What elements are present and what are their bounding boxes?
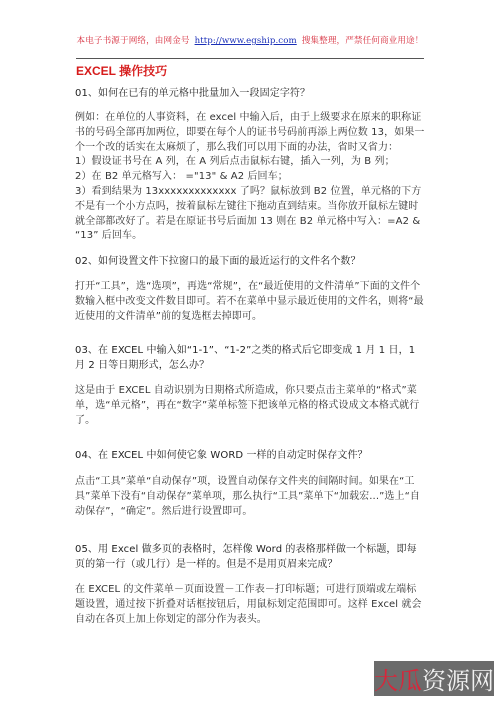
answer-05-line-0: 在 EXCEL 的文件菜单－页面设置－工作表－打印标题；可进行顶端或左端标题设置…	[75, 583, 425, 627]
answer-01-line-3: 3）看到结果为 13xxxxxxxxxxxxx 了吗？鼠标放到 B2 位置，单元…	[75, 185, 425, 244]
answer-01-line-1: 1）假设证书号在 A 列，在 A 列后点击鼠标右键，插入一列，为 B 列；	[75, 155, 425, 170]
question-02: 02、如何设置文件下拉窗口的最下面的最近运行的文件名个数？	[75, 255, 425, 270]
answer-01: 例如：在单位的人事资料，在 excel 中输入后，由于上级要求在原来的职称证书的…	[75, 111, 425, 244]
notice-suffix: 搜集整理，严禁任何商业用途！	[302, 36, 424, 46]
answer-03: 这是由于 EXCEL 自动识别为日期格式所造成，你只要点击主菜单的“格式”菜单，…	[75, 384, 425, 428]
watermark-white-text: 资源网	[422, 661, 494, 696]
answer-04: 点击“工具”菜单“自动保存”项，设置自动保存文件夹的间隔时间。如果在“工具”菜单…	[75, 475, 425, 519]
document-title: EXCEL 操作技巧	[76, 62, 167, 79]
source-link[interactable]: http://www.egship.com	[195, 36, 297, 46]
watermark-red-text: 大瓜	[374, 661, 422, 696]
answer-05: 在 EXCEL 的文件菜单－页面设置－工作表－打印标题；可进行顶端或左端标题设置…	[75, 583, 425, 627]
answer-01-line-0: 例如：在单位的人事资料，在 excel 中输入后，由于上级要求在原来的职称证书的…	[75, 111, 425, 155]
copyright-notice: 本电子书源于网络，由网金号http://www.egship.com搜集整理，严…	[0, 34, 500, 46]
section-02: 02、如何设置文件下拉窗口的最下面的最近运行的文件名个数？	[75, 255, 425, 270]
notice-prefix: 本电子书源于网络，由网金号	[77, 36, 190, 46]
answer-02-line-0: 打开“工具”，选“选项”，再选“常规”，在“最近使用的文件清单”下面的文件个数输…	[75, 280, 425, 324]
answer-01-line-2: 2）在 B2 单元格写入： ="13" & A2 后回车；	[75, 170, 425, 185]
question-01: 01、如何在已有的单元格中批量加入一段固定字符？	[75, 87, 425, 102]
section-01: 01、如何在已有的单元格中批量加入一段固定字符？	[75, 87, 425, 102]
answer-04-line-0: 点击“工具”菜单“自动保存”项，设置自动保存文件夹的间隔时间。如果在“工具”菜单…	[75, 475, 425, 519]
question-05: 05、用 Excel 做多页的表格时，怎样像 Word 的表格那样做一个标题，即…	[75, 543, 425, 573]
section-04: 04、在 EXCEL 中如何使它象 WORD 一样的自动定时保存文件？	[75, 449, 425, 464]
answer-03-line-0: 这是由于 EXCEL 自动识别为日期格式所造成，你只要点击主菜单的“格式”菜单，…	[75, 384, 425, 428]
question-03: 03、在 EXCEL 中输入如“1-1”、“1-2”之类的格式后它即变成 1 月…	[75, 344, 425, 374]
question-04: 04、在 EXCEL 中如何使它象 WORD 一样的自动定时保存文件？	[75, 449, 425, 464]
section-03: 03、在 EXCEL 中输入如“1-1”、“1-2”之类的格式后它即变成 1 月…	[75, 344, 425, 374]
answer-02: 打开“工具”，选“选项”，再选“常规”，在“最近使用的文件清单”下面的文件个数输…	[75, 280, 425, 324]
watermark-logo: 大瓜资源网	[374, 661, 494, 696]
header-divider	[76, 58, 424, 59]
section-05: 05、用 Excel 做多页的表格时，怎样像 Word 的表格那样做一个标题，即…	[75, 543, 425, 573]
